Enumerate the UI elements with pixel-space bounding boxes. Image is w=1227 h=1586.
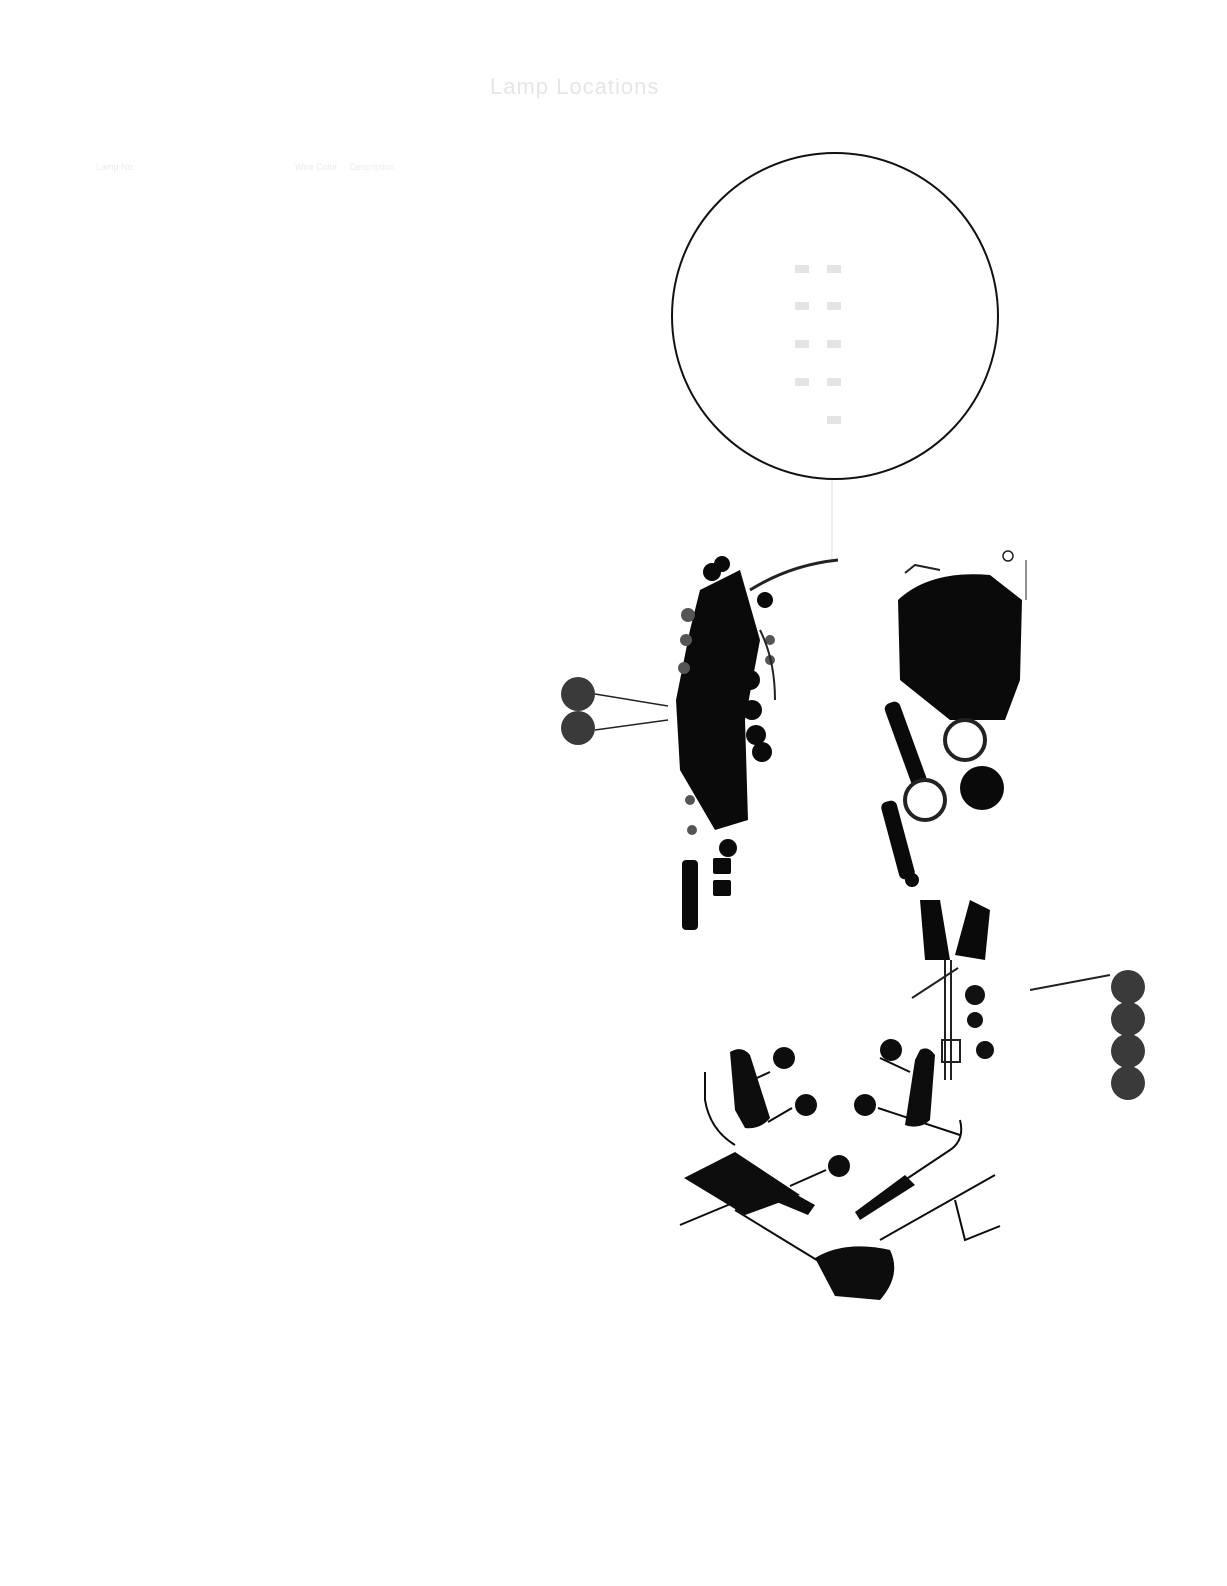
callout-lamp <box>561 677 595 711</box>
inset-circle <box>672 153 998 479</box>
playfield-diagram <box>0 0 1227 1586</box>
callout-lamp <box>561 711 595 745</box>
